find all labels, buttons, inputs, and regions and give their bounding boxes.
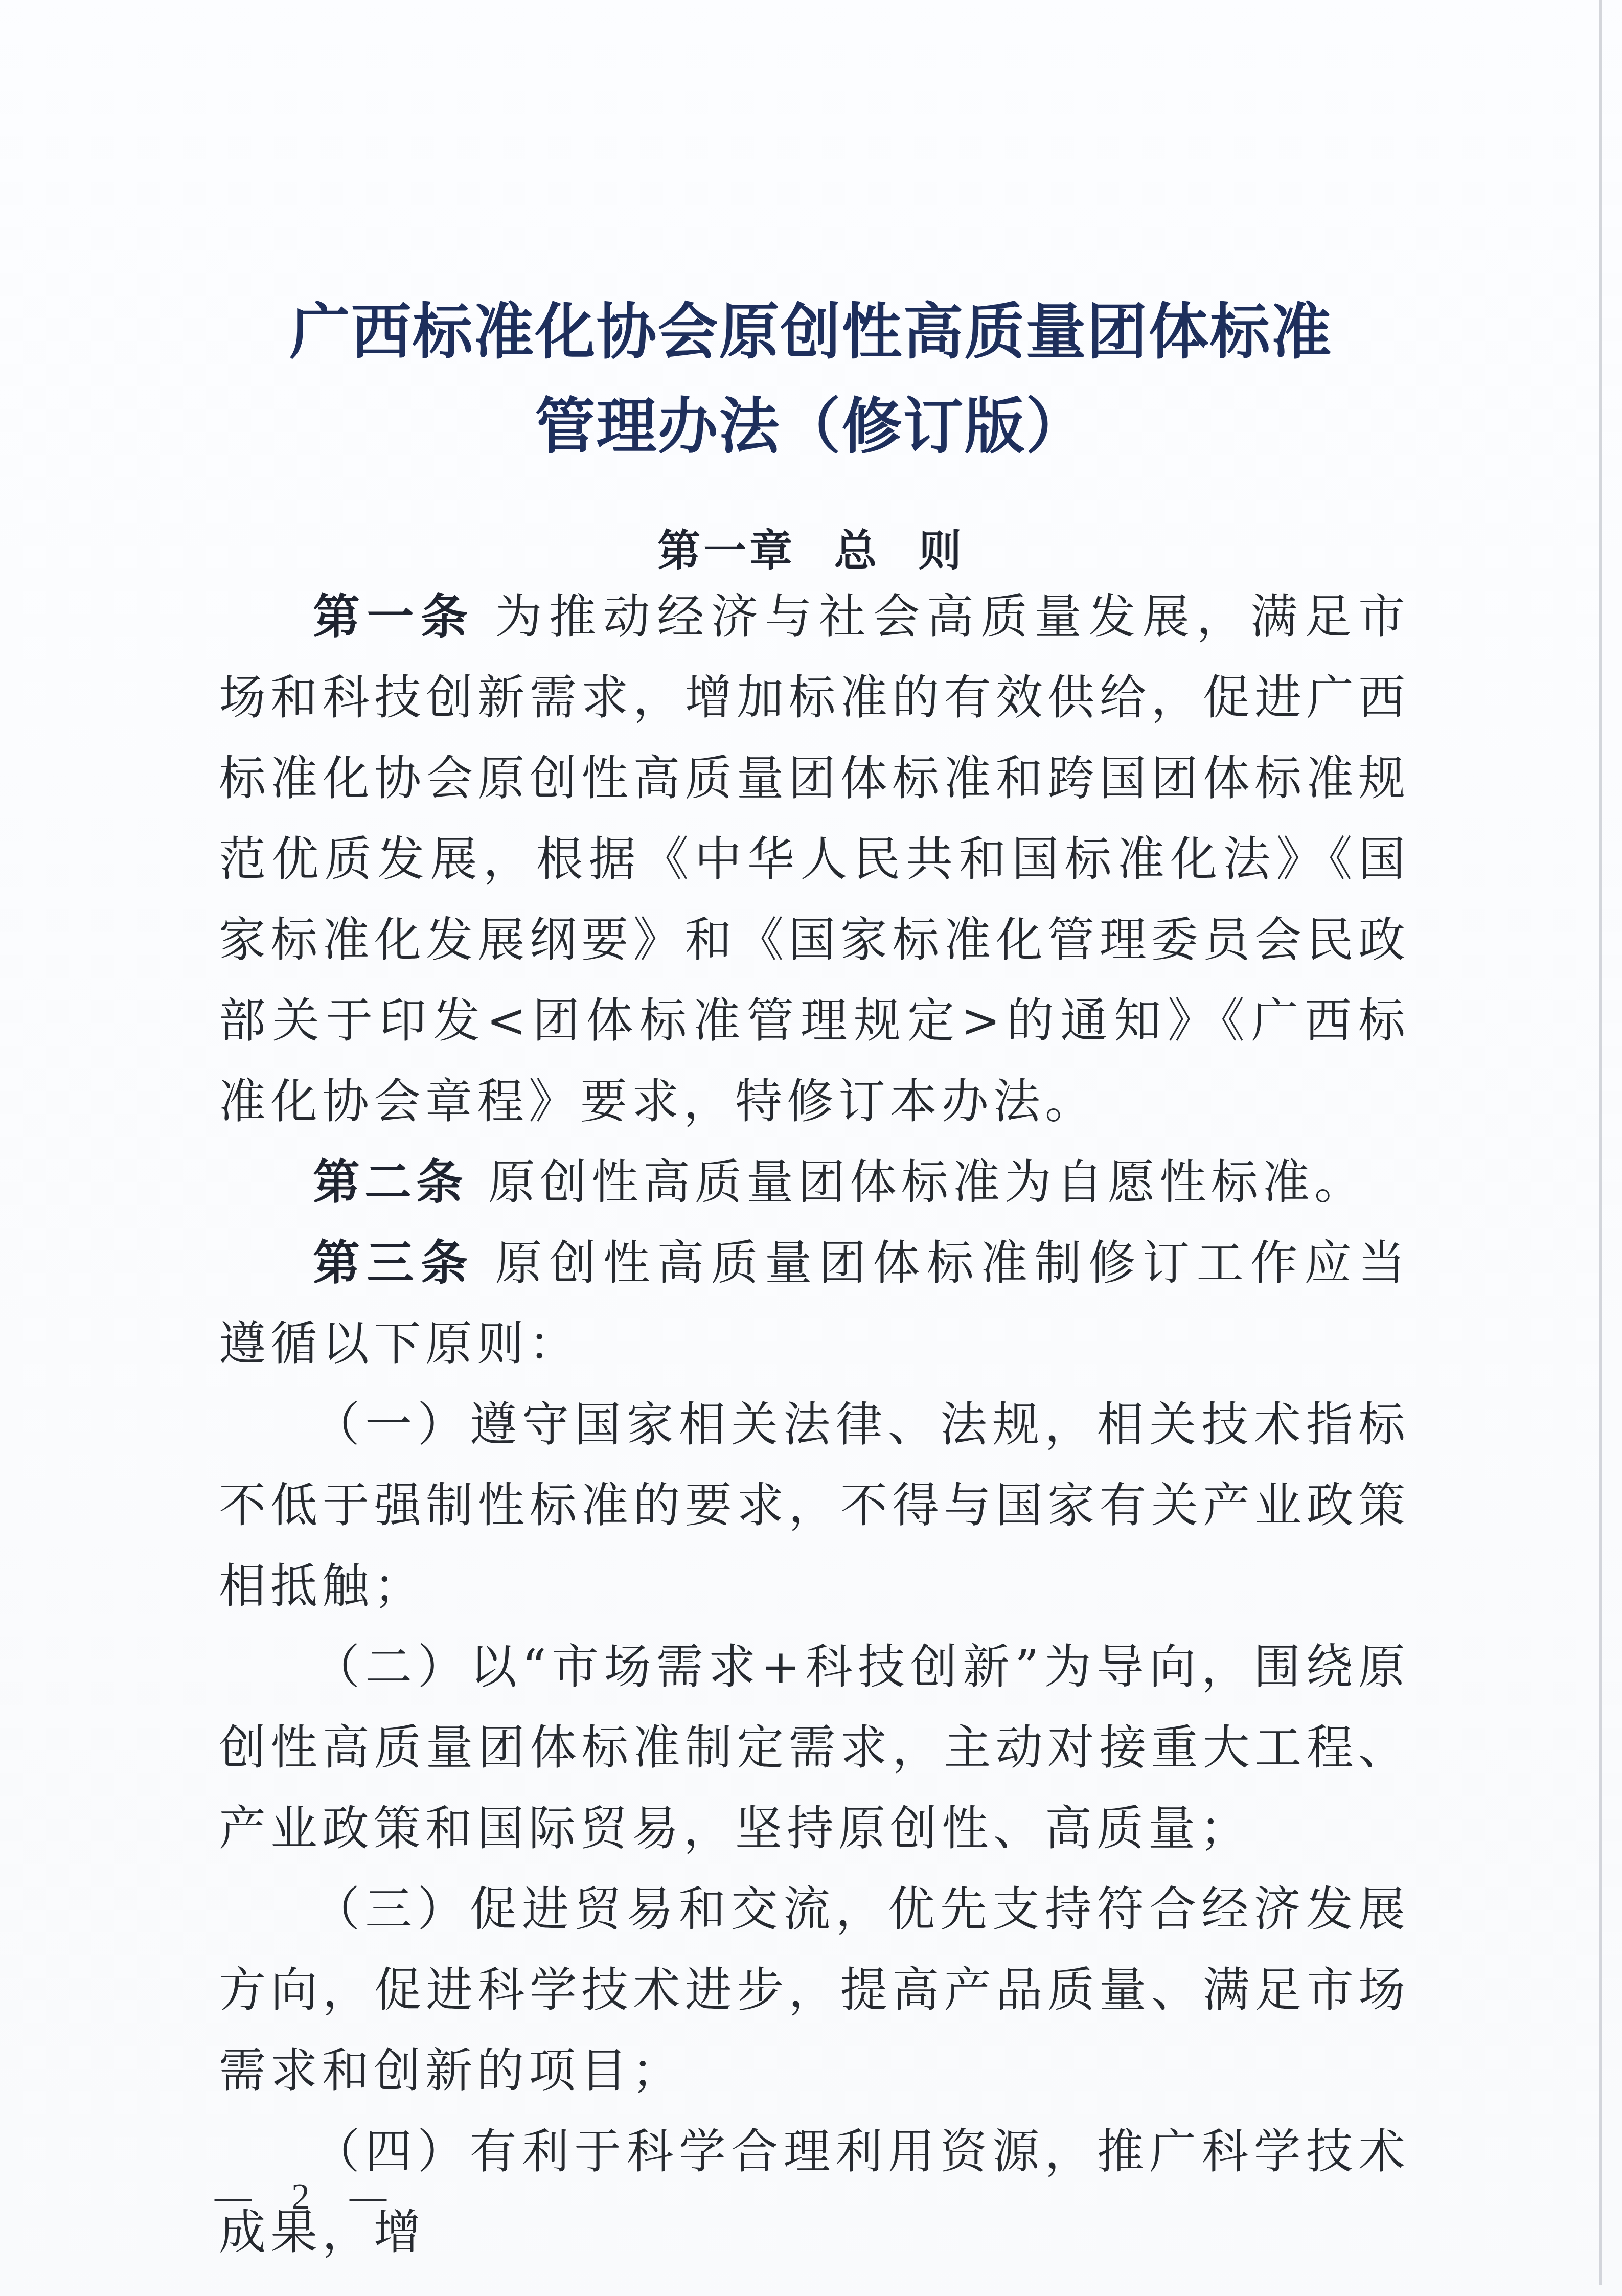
chapter-heading: 第一章 总 则 xyxy=(0,516,1622,578)
article-text: 为推动经济与社会高质量发展，满足市场和科技创新需求，增加标准的有效供给，促进广西… xyxy=(219,589,1410,1129)
principle-3: （三）促进贸易和交流，优先支持符合经济发展方向，促进科学技术进步，提高产品质量、… xyxy=(219,1869,1410,2111)
article-3: 第三条原创性高质量团体标准制修订工作应当遵循以下原则： xyxy=(219,1223,1410,1384)
principle-2: （二）以“市场需求+科技创新”为导向，围绕原创性高质量团体标准制定需求，主动对接… xyxy=(219,1627,1410,1869)
article-2: 第二条原创性高质量团体标准为自愿性标准。 xyxy=(219,1142,1410,1223)
document-body: 第一条为推动经济与社会高质量发展，满足市场和科技创新需求，增加标准的有效供给，促… xyxy=(219,577,1410,2273)
document-page: 广西标准化协会原创性高质量团体标准 管理办法（修订版） 第一章 总 则 第一条为… xyxy=(0,0,1622,2296)
article-label: 第二条 xyxy=(313,1155,468,1210)
article-1: 第一条为推动经济与社会高质量发展，满足市场和科技创新需求，增加标准的有效供给，促… xyxy=(219,577,1410,1142)
article-label: 第一条 xyxy=(313,589,475,644)
principle-1: （一）遵守国家相关法律、法规，相关技术指标不低于强制性标准的要求，不得与国家有关… xyxy=(219,1384,1410,1627)
article-label: 第三条 xyxy=(313,1236,475,1290)
page-number: — 2 — xyxy=(215,2175,402,2218)
document-title-line-1: 广西标准化协会原创性高质量团体标准 xyxy=(0,302,1622,362)
article-text: 原创性高质量团体标准为自愿性标准。 xyxy=(488,1155,1366,1210)
document-title-line-2: 管理办法（修订版） xyxy=(0,396,1622,457)
